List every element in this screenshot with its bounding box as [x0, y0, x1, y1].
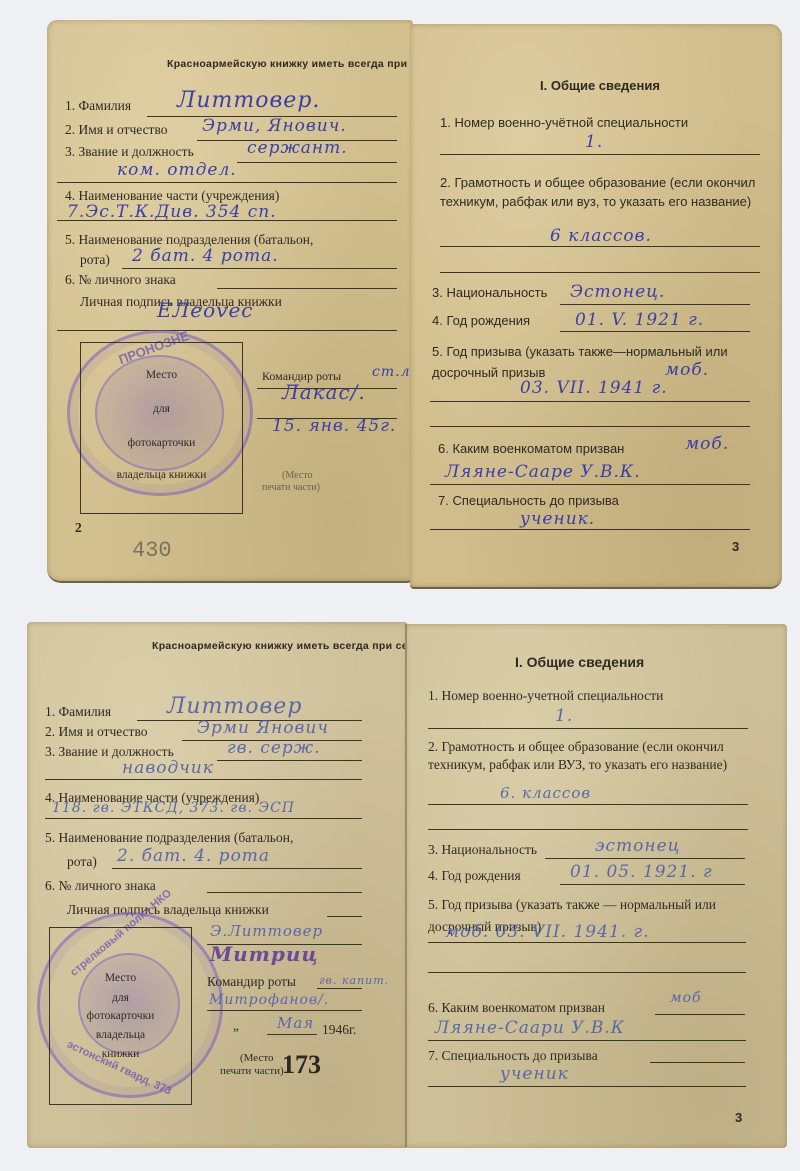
field-value-education: 6. классов — [500, 784, 591, 802]
field-value-unit: 118. гв. ЭТКСД, 373. гв. ЭСП — [52, 800, 295, 816]
section-title: I. Общие сведения — [515, 654, 644, 670]
field-label-education: 2. Грамотность и общее образование (если… — [440, 174, 760, 212]
field-label-specialty-number: 1. Номер военно-учётной специальности — [440, 116, 688, 131]
field-value-civil-specialty: ученик. — [520, 509, 595, 529]
field-value-nationality: Эстонец. — [570, 282, 665, 302]
seal-number: 173 — [282, 1050, 321, 1080]
date-open-quote: „ — [233, 1018, 239, 1034]
field-value-unit: 7.Эс.Т.К.Див. 354 сп. — [67, 202, 277, 222]
seal-caption-2: печати части) — [220, 1065, 284, 1078]
field-value-rank: сержант. — [247, 138, 348, 158]
top-booklet-left-page: Красноармейскую книжку иметь всегда при … — [47, 20, 413, 583]
field-label-surname: 1. Фамилия — [45, 704, 111, 720]
field-value-conscription-date: 03. VII. 1941 г. — [520, 378, 668, 398]
field-value-conscription-type: моб. — [665, 360, 709, 380]
field-label-company: рота) — [80, 252, 110, 268]
date-month: Мая — [277, 1014, 314, 1032]
field-label-signature: Личная подпись владельца книжки — [67, 902, 269, 918]
field-value-enlistment-type: моб — [670, 990, 702, 1006]
field-label-company: рота) — [67, 854, 97, 870]
seal-caption-1: (Место — [240, 1052, 274, 1065]
field-value-name: Эрми, Янович. — [202, 116, 347, 136]
commander-name: Митрофанов/. — [209, 992, 329, 1008]
field-label-specialty-number: 1. Номер военно-учетной специальности — [428, 688, 663, 704]
field-value-subdivision: 2 бат. 4 рота. — [132, 246, 279, 266]
field-label-name: 2. Имя и отчество — [45, 724, 148, 740]
serial-number: 430 — [132, 538, 172, 563]
field-label-birth-year: 4. Год рождения — [432, 314, 530, 329]
carry-notice: Красноармейскую книжку иметь всегда при … — [152, 640, 367, 654]
field-value-birth-year: 01. 05. 1921. г — [570, 862, 713, 882]
field-value-specialty-number: 1. — [585, 132, 603, 152]
field-label-rank: 3. Звание и должность — [65, 144, 194, 160]
field-label-subdivision: 5. Наименование подразделения (батальон, — [45, 830, 293, 846]
field-value-position: ком. отдел. — [117, 160, 237, 180]
field-value-enlistment-office: Ляяне-Саари У.В.К — [435, 1018, 625, 1038]
bottom-booklet-left-page: Красноармейскую книжку иметь всегда при … — [27, 622, 408, 1148]
field-value-conscription: моб. 03. VII. 1941. г. — [445, 922, 650, 942]
field-label-surname: 1. Фамилия — [65, 98, 131, 114]
field-value-nationality: эстонец — [595, 836, 681, 856]
photo-placeholder-box: Место для фотокарточки владельца книжки — [80, 342, 243, 514]
field-label-birth-year: 4. Год рождения — [428, 868, 521, 884]
field-label-enlistment-office: 6. Каким военкоматом призван — [438, 442, 624, 457]
owner-signature: ЕЛеоvec — [157, 298, 254, 322]
field-label-nationality: 3. Национальность — [432, 286, 547, 301]
field-value-position: наводчик — [122, 758, 214, 778]
field-label-civil-specialty: 7. Специальность до призыва — [428, 1048, 598, 1064]
photo-placeholder-box: Место для фотокарточки владельца книжки — [49, 927, 192, 1105]
bottom-booklet-right-page: I. Общие сведения 1. Номер военно-учетно… — [405, 624, 787, 1148]
field-label-nationality: 3. Национальность — [428, 842, 537, 858]
seal-caption-1: (Место — [282, 470, 312, 482]
field-label-name: 2. Имя и отчество — [65, 122, 168, 138]
field-value-education: 6 классов. — [550, 226, 652, 246]
carry-notice: Красноармейскую книжку иметь всегда при … — [167, 58, 397, 72]
page-number: 3 — [732, 539, 739, 554]
field-label-enlistment-office: 6. Каким военкоматом призван — [428, 1000, 605, 1016]
field-value-rank: гв. серж. — [227, 738, 321, 758]
seal-caption-2: печати части) — [262, 482, 320, 494]
field-value-specialty-number: 1. — [555, 706, 573, 726]
field-value-name: Эрми Янович — [197, 718, 329, 738]
commander-label: Командир роты — [207, 974, 296, 990]
field-value-enlistment-type: моб. — [685, 434, 729, 454]
commander-name: Лакас/. — [282, 380, 366, 404]
field-label-civil-specialty: 7. Специальность до призыва — [438, 494, 619, 509]
field-label-education: 2. Грамотность и общее образование (если… — [428, 738, 748, 774]
field-value-surname: Литтовер. — [177, 88, 320, 113]
commander-rank: гв. капит. — [319, 974, 389, 987]
commander-signature: Митриц — [210, 942, 318, 966]
date-year: 1946г. — [322, 1022, 356, 1038]
top-booklet-right-page: I. Общие сведения 1. Номер военно-учётно… — [410, 24, 782, 589]
field-value-surname: Литтовер — [167, 694, 302, 719]
signing-date: 15. янв. 45г. — [272, 416, 396, 436]
corner-mark: 2 — [75, 520, 82, 536]
field-value-civil-specialty: ученик — [500, 1064, 569, 1084]
field-value-enlistment-office: Ляяне-Сааре У.В.К. — [445, 462, 640, 482]
scan-background: { "booklet_top": { "left_page": { "heade… — [0, 0, 800, 1171]
owner-signature: Э.Литтовер — [210, 922, 323, 940]
section-title: I. Общие сведения — [540, 79, 660, 94]
field-value-subdivision: 2. бат. 4. рота — [117, 846, 270, 866]
page-number: 3 — [735, 1110, 742, 1125]
field-label-id-tag: 6. № личного знака — [45, 878, 156, 894]
field-value-birth-year: 01. V. 1921 г. — [575, 310, 704, 330]
field-label-id-tag: 6. № личного знака — [65, 272, 176, 288]
